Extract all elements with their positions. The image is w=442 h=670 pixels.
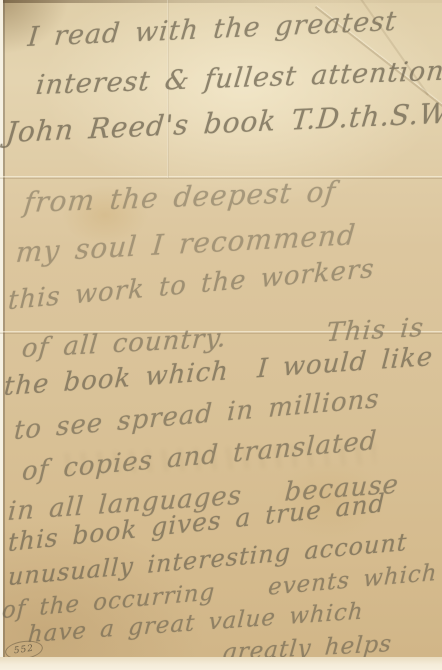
- scan-background: [0, 657, 442, 670]
- paper-top-edge: [0, 0, 442, 3]
- catalog-stamp-number: 552: [13, 644, 34, 657]
- paper-left-edge: [3, 0, 5, 657]
- manuscript-photo: I read with the greatest interest & full…: [0, 0, 442, 670]
